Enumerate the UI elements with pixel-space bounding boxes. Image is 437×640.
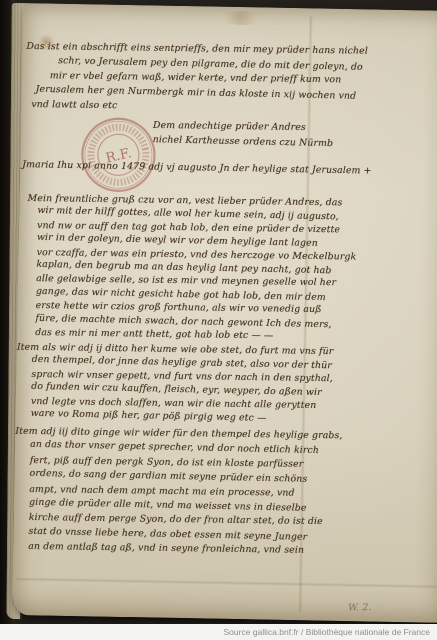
manuscript-page: Das ist ein abschrifft eins sentprieffs,… xyxy=(12,3,437,623)
dateline: Jmaria Ihu xpi anno 1479 adj vj augusto … xyxy=(22,158,372,178)
gallica-credit-bar: Source gallica.bnf.fr / Bibliothèque nat… xyxy=(0,624,437,640)
faint-stain xyxy=(221,11,261,26)
bibliotheque-nationale-stamp: R.F. xyxy=(70,107,166,203)
stamp-center-text: R.F. xyxy=(104,145,133,166)
horizontal-fold-crease xyxy=(17,577,437,589)
scanned-manuscript-view: Das ist ein abschrifft eins sentprieffs,… xyxy=(0,0,437,640)
header-note: Das ist ein abschrifft eins sentprieffs,… xyxy=(25,39,368,118)
folio-mark: W. 2. xyxy=(348,602,371,613)
manuscript-line: vnd lawtt also etc xyxy=(31,98,367,117)
paragraph-3: Item adj iij dito ginge wir wider für de… xyxy=(13,424,343,560)
manuscript-line: an dem antlaß tag aß, vnd in seyne fronl… xyxy=(28,540,340,559)
paragraph-1: Mein freuntliche gruß czu vor an, vest l… xyxy=(25,191,357,344)
address-block: Dem andechtige prüder Andresnichel Karth… xyxy=(153,117,334,150)
manuscript-line: nichel Kartheusse ordens czu Nürmb xyxy=(153,132,334,151)
paragraph-2: Item als wir adj ij ditto her kume wie o… xyxy=(16,340,334,426)
